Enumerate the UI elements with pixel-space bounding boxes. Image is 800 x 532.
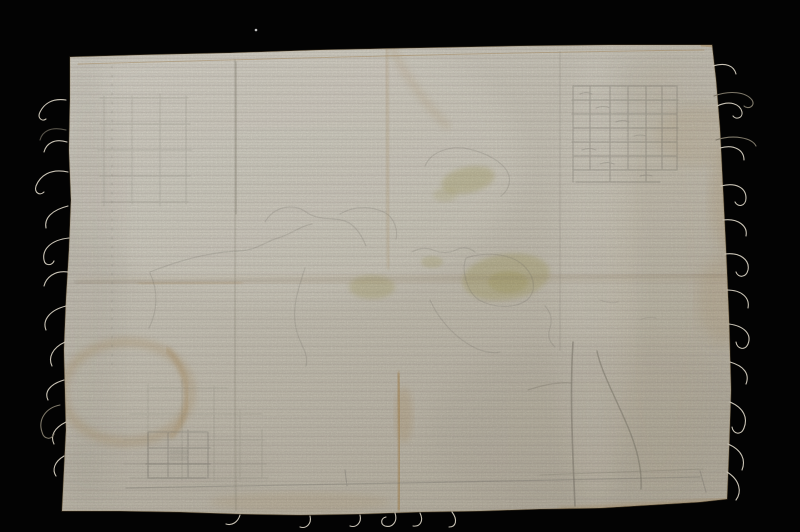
fabric-grain-light	[55, 40, 740, 520]
dust-speck	[255, 29, 258, 32]
artifact-photograph	[0, 0, 800, 532]
photo-canvas	[0, 0, 800, 532]
